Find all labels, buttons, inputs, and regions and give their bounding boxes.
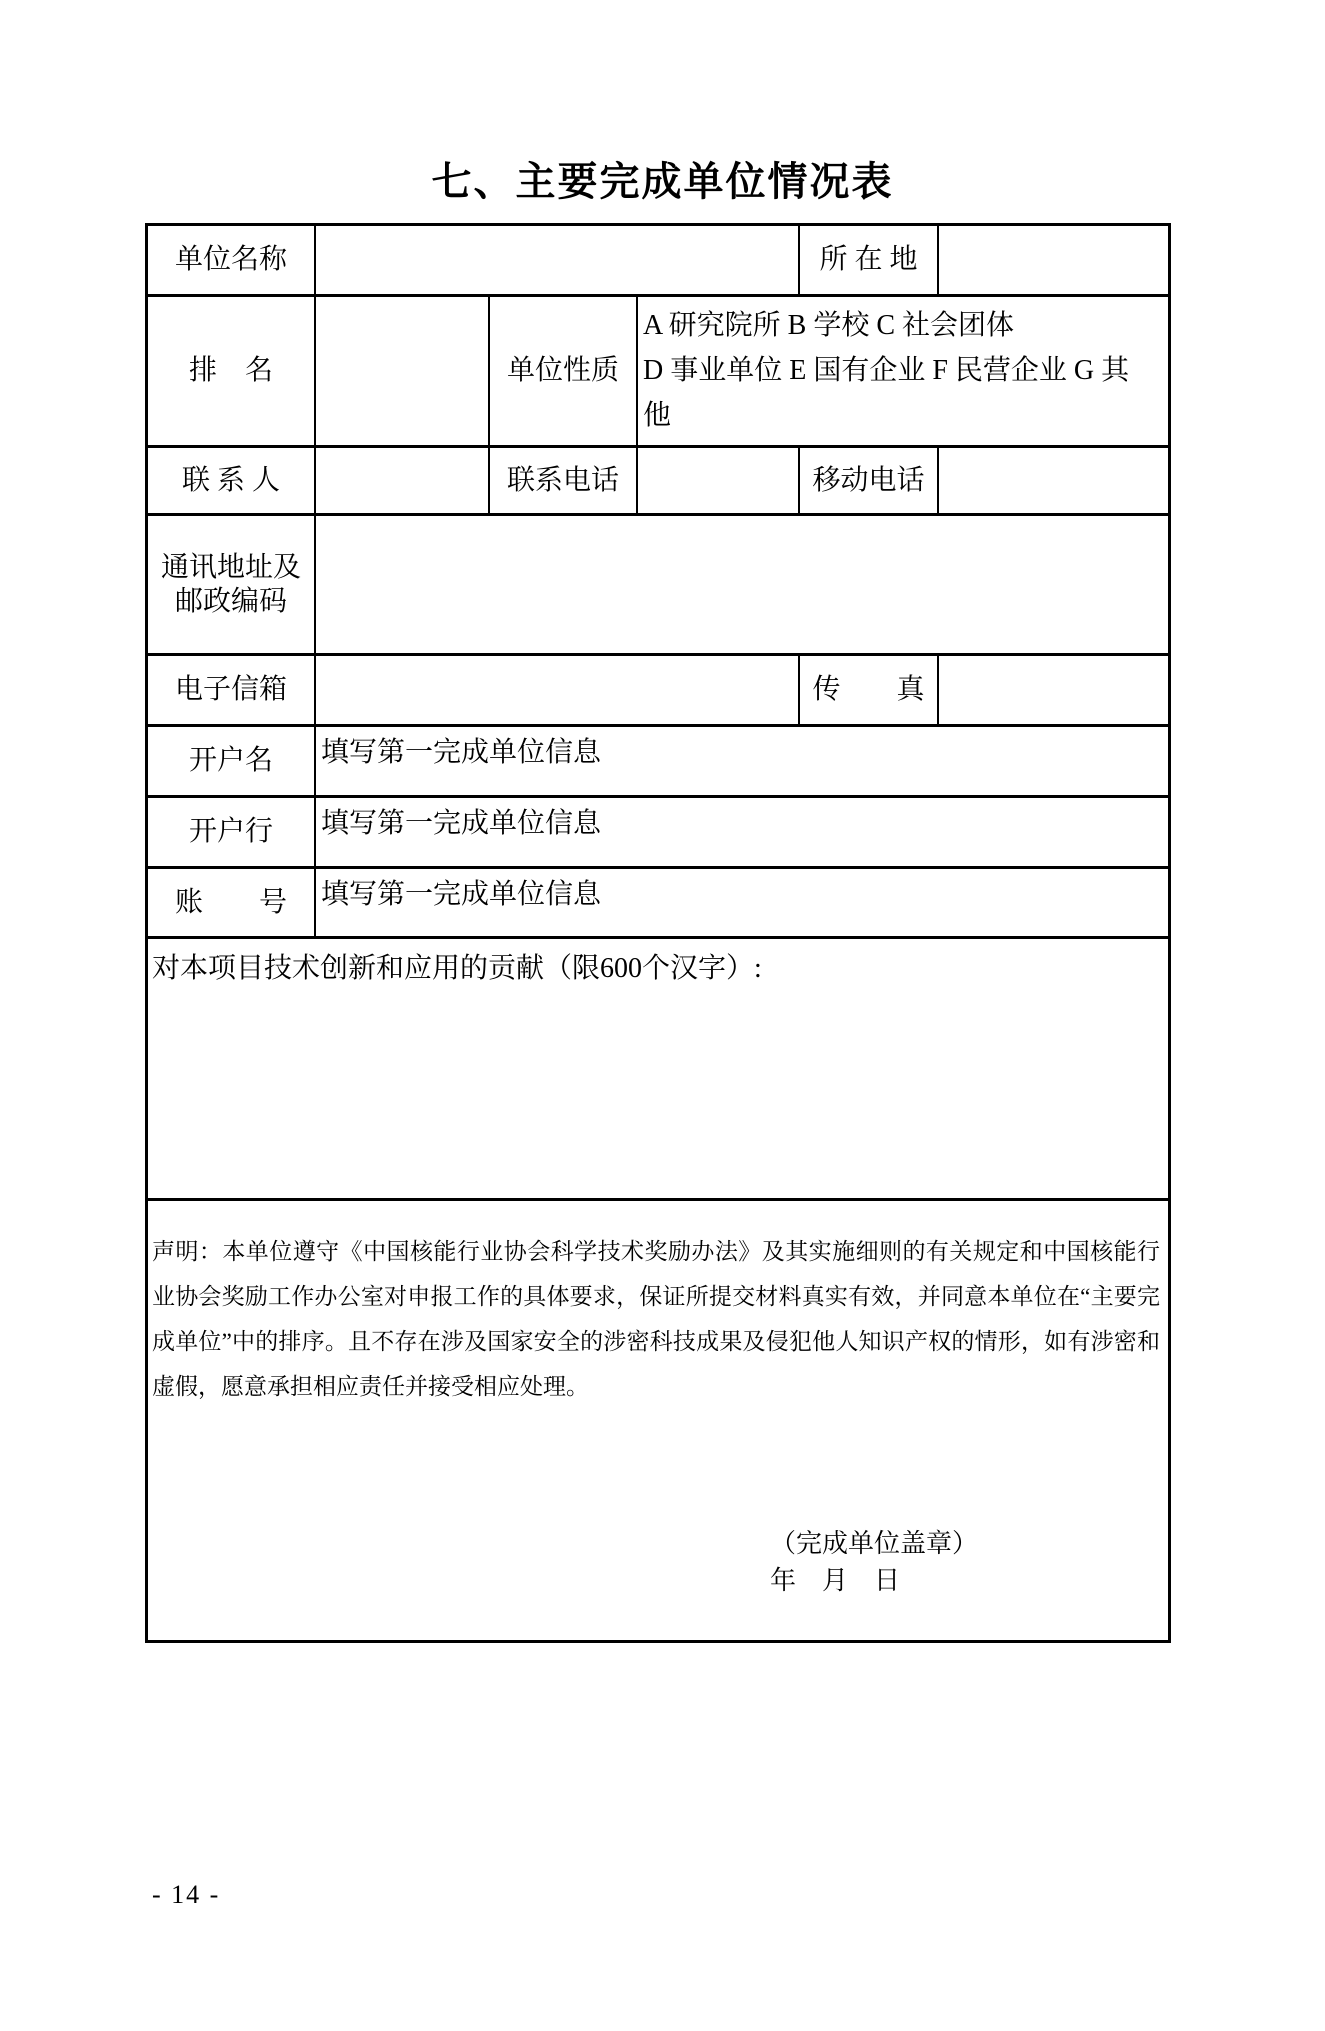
stamp-block: （完成单位盖章） 年 月 日 xyxy=(152,1525,1168,1599)
unit-info-table: 单位名称 所 在 地 排 名 单位性质 A 研究院所 B 学校 C 社会团体 D… xyxy=(145,223,1171,1643)
location-field xyxy=(939,226,1168,297)
account-name-value: 填写第一完成单位信息 xyxy=(316,727,1168,798)
rank-label: 排 名 xyxy=(148,297,316,448)
stamp-placeholder: （完成单位盖章） xyxy=(770,1525,1168,1562)
account-number-label: 账 号 xyxy=(148,869,316,939)
email-field xyxy=(316,656,800,727)
address-postcode-field xyxy=(316,516,1168,656)
unit-nature-option-line: A 研究院所 B 学校 C 社会团体 xyxy=(643,303,1168,348)
declaration-section: 声明：本单位遵守《中国核能行业协会科学技术奖励办法》及其实施细则的有关规定和中国… xyxy=(148,1201,1168,1640)
page-title: 七、主要完成单位情况表 xyxy=(0,160,1325,204)
date-placeholder: 年 月 日 xyxy=(770,1562,1168,1599)
account-number-value: 填写第一完成单位信息 xyxy=(316,869,1168,939)
contribution-section: 对本项目技术创新和应用的贡献（限600个汉字）: xyxy=(148,939,1168,1201)
mobile-phone-field xyxy=(939,448,1168,516)
contact-phone-field xyxy=(638,448,800,516)
unit-nature-options: A 研究院所 B 学校 C 社会团体 D 事业单位 E 国有企业 F 民营企业 … xyxy=(638,297,1168,448)
contact-person-label: 联 系 人 xyxy=(148,448,316,516)
unit-nature-option-line: 他 xyxy=(643,393,1168,438)
page-number: - 14 - xyxy=(152,1880,220,1910)
contact-phone-label: 联系电话 xyxy=(490,448,638,516)
location-label: 所 在 地 xyxy=(800,226,939,297)
fax-field xyxy=(939,656,1168,727)
unit-name-field xyxy=(316,226,800,297)
email-label: 电子信箱 xyxy=(148,656,316,727)
account-bank-label: 开户行 xyxy=(148,798,316,869)
rank-field xyxy=(316,297,490,448)
declaration-text: 声明：本单位遵守《中国核能行业协会科学技术奖励办法》及其实施细则的有关规定和中国… xyxy=(152,1229,1160,1409)
fax-label: 传 真 xyxy=(800,656,939,727)
account-bank-value: 填写第一完成单位信息 xyxy=(316,798,1168,869)
address-postcode-label: 通讯地址及邮政编码 xyxy=(148,516,316,656)
unit-name-label: 单位名称 xyxy=(148,226,316,297)
unit-nature-option-line: D 事业单位 E 国有企业 F 民营企业 G 其 xyxy=(643,348,1168,393)
account-name-label: 开户名 xyxy=(148,727,316,798)
contribution-label: 对本项目技术创新和应用的贡献（限600个汉字）: xyxy=(152,953,762,984)
mobile-phone-label: 移动电话 xyxy=(800,448,939,516)
unit-nature-label: 单位性质 xyxy=(490,297,638,448)
contact-person-field xyxy=(316,448,490,516)
